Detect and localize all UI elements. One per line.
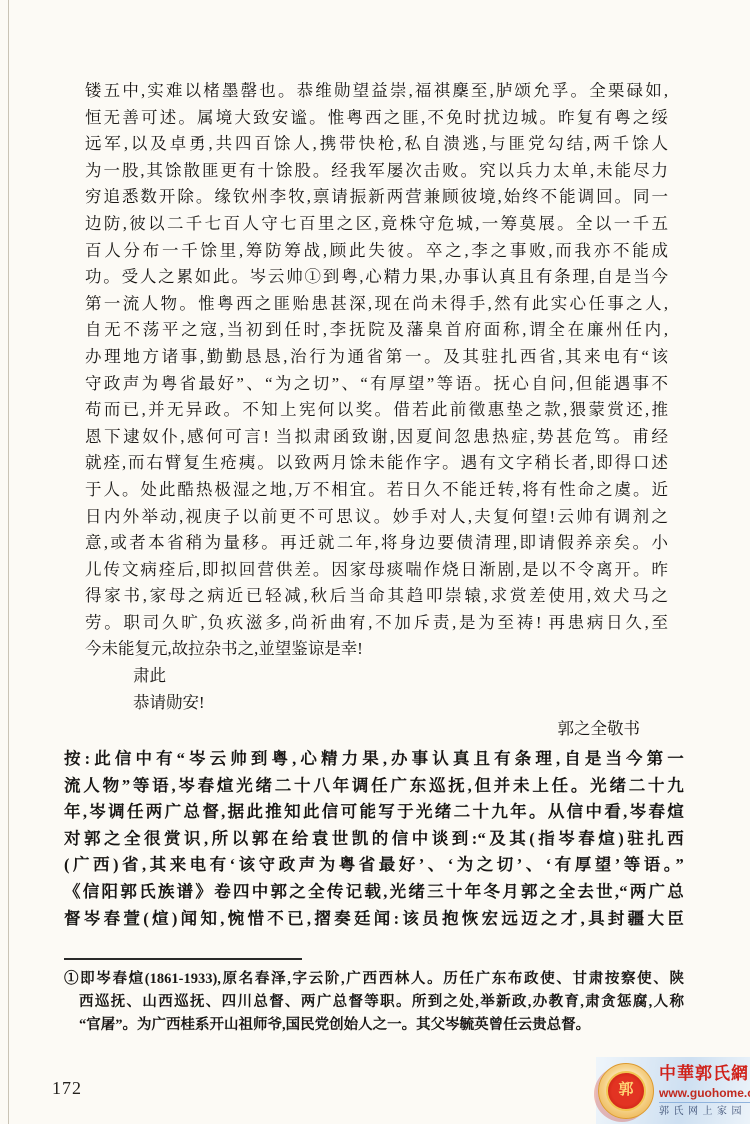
text-line: 劳。职司久旷,负疚滋多,尚祈曲宥,不加斥责,是为至祷! 再患病日久,至 xyxy=(85,610,668,637)
text-line: 镂五中,实难以楮墨罄也。恭维勋望益崇,福祺麇至,胪颂允孚。全栗碌如, xyxy=(85,78,668,105)
text-line: 苟而已,并无异政。不知上宪何以奖。借若此前徵惠垫之款,猥蒙赏还,推 xyxy=(85,397,668,424)
text-line: 办理地方诸事,勤勤恳恳,治行为通省第一。及其驻扎西省,其来电有“该 xyxy=(85,344,668,371)
text-line: 功。受人之累如此。岑云帅①到粤,心精力果,办事认真且有条理,自是当今 xyxy=(85,264,668,291)
text-line: 自无不荡平之寇,当初到任时,李抚院及藩臬首府面称,谓全在廉州任内, xyxy=(85,317,668,344)
text-line: 就痊,而右臂复生疮痍。以致两月馀未能作字。遇有文字稍长者,即得口述 xyxy=(85,450,668,477)
letter-lines: 镂五中,实难以楮墨罄也。恭维勋望益崇,福祺麇至,胪颂允孚。全栗碌如,恒无善可述。… xyxy=(85,78,668,663)
text-line: 今未能复元,故拉杂书之,並望鉴谅是幸! xyxy=(85,636,668,663)
text-line: 恩下逮奴仆,感何可言! 当拟肃函致谢,因夏间忽患热症,势甚危笃。甫经 xyxy=(85,424,668,451)
text-line: 日内外举动,视庚子以前更不可思议。妙手对人,夫复何望!云帅有调剂之 xyxy=(85,504,668,531)
page-number: 172 xyxy=(52,1078,82,1099)
editor-commentary: 按:此信中有“岑云帅到粤,心精力果,办事认真且有条理,自是当今第一流人物”等语,… xyxy=(64,746,684,932)
watermark-text-block: 中華郭氏網 www.guohome.org 郭氏网上家园 xyxy=(659,1064,750,1118)
text-line: 对郭之全很赏识,所以郭在给袁世凯的信中谈到:“及其(指岑春煊)驻扎西 xyxy=(64,826,684,853)
text-line: 督岑春萱(煊)闻知,惋惜不已,摺奏廷闻:该员抱恢宏远迈之才,具封疆大臣 xyxy=(64,906,684,933)
letter-body: 镂五中,实难以楮墨罄也。恭维勋望益崇,福祺麇至,胪颂允孚。全栗碌如,恒无善可述。… xyxy=(85,78,668,743)
text-line: 恒无善可述。属境大致安谧。惟粤西之匪,不免时扰边城。昨复有粤之绥 xyxy=(85,105,668,132)
text-line: ①即岑春煊(1861-1933),原名春泽,字云阶,广西西林人。历任广东布政使、… xyxy=(64,968,684,991)
footnote-block: ①即岑春煊(1861-1933),原名春泽,字云阶,广西西林人。历任广东布政使、… xyxy=(64,968,684,1037)
letter-closing-formula: 肃此 xyxy=(85,663,668,690)
watermark-site-name: 中華郭氏網 xyxy=(659,1064,750,1084)
letter-closing-salutation: 恭请勋安! xyxy=(85,690,668,717)
watermark-url: www.guohome.org xyxy=(659,1086,750,1103)
text-line: 第一流人物。惟粤西之匪贻患甚深,现在尚未得手,然有此实心任事之人, xyxy=(85,291,668,318)
text-line: “官屠”。为广西桂系开山祖师爷,国民党创始人之一。其父岑毓英曾任云贵总督。 xyxy=(64,1014,684,1037)
text-line: 远军,以及卓勇,共四百馀人,携带快枪,私自溃逃,与匪党勾结,两千馀人 xyxy=(85,131,668,158)
book-page: 镂五中,实难以楮墨罄也。恭维勋望益崇,福祺麇至,胪颂允孚。全栗碌如,恒无善可述。… xyxy=(0,0,750,1124)
text-line: 边防,彼以二千七百人守七百里之区,竟株守危城,一筹莫展。全以一千五 xyxy=(85,211,668,238)
text-line: 于人。处此酷热极湿之地,万不相宜。若日久不能迁转,将有性命之虞。近 xyxy=(85,477,668,504)
text-line: 儿传文病痊后,即拟回营供差。因家母痰喘作烧日渐剧,是以不令离开。昨 xyxy=(85,557,668,584)
text-line: 百人分布一千馀里,筹防筹战,顾此失彼。卒之,李之事败,而我亦不能成 xyxy=(85,238,668,265)
text-line: 守政声为粤省最好”、“为之切”、“有厚望”等语。抚心自问,但能遇事不 xyxy=(85,371,668,398)
text-line: 《信阳郭氏族谱》卷四中郭之全传记载,光绪三十年冬月郭之全去世,“两广总 xyxy=(64,879,684,906)
text-line: 为一股,其馀散匪更有十馀股。经我军屡次击败。究以兵力太单,未能尽力 xyxy=(85,158,668,185)
seal-glyph: 郭 xyxy=(618,1083,633,1098)
site-watermark: 郭 中華郭氏網 www.guohome.org 郭氏网上家园 xyxy=(596,1057,750,1124)
text-line: 意,或者本省稍为量移。再迁就二年,将身边要债清理,即请假养亲矣。小 xyxy=(85,530,668,557)
text-line: 流人物”等语,岑春煊光绪二十八年调任广东巡抚,但并未上任。光绪二十九 xyxy=(64,773,684,800)
text-line: 穷追悉数开除。缘钦州李牧,禀请振新两营兼顾彼境,始终不能调回。同一 xyxy=(85,184,668,211)
text-line: 年,岑调任两广总督,据此推知此信可能写于光绪二十九年。从信中看,岑春煊 xyxy=(64,799,684,826)
text-line: 得家书,家母之病近已轻减,秋后当命其趋叩崇辕,求赏差使用,效犬马之 xyxy=(85,583,668,610)
watermark-subtitle: 郭氏网上家园 xyxy=(659,1106,750,1118)
seal-center: 郭 xyxy=(606,1071,646,1111)
scan-edge-line xyxy=(8,0,9,1124)
letter-signature: 郭之全敬书 xyxy=(85,716,668,743)
text-line: 按:此信中有“岑云帅到粤,心精力果,办事认真且有条理,自是当今第一 xyxy=(64,746,684,773)
text-line: 西巡抚、山西巡抚、四川总督、两广总督等职。所到之处,举新政,办教育,肃贪惩腐,人… xyxy=(64,991,684,1014)
guohome-seal-icon: 郭 xyxy=(598,1063,654,1119)
footnote-divider xyxy=(64,958,302,960)
text-line: (广西)省,其来电有‘该守政声为粤省最好’、‘为之切’、‘有厚望’等语。” xyxy=(64,852,684,879)
